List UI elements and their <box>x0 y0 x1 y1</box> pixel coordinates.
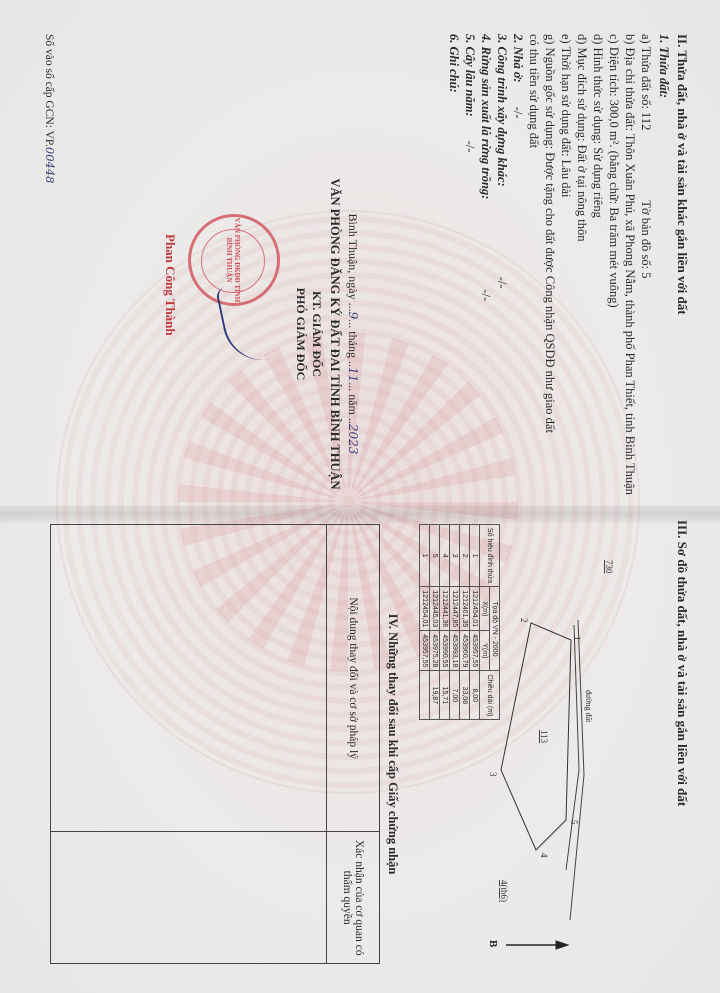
coord-cell-length: 19,87 <box>430 671 440 720</box>
vertex-2: 2 <box>519 618 529 623</box>
coord-cell-y: 453993,18 <box>450 631 460 671</box>
use-form: d) Hình thức sử dụng: Sử dụng riêng <box>590 34 606 494</box>
col-y: Y(m) <box>480 631 490 671</box>
vertex-3: 3 <box>488 772 498 777</box>
neighbor-113: 113 <box>539 730 549 744</box>
coord-cell-point: 5 <box>430 525 440 587</box>
coord-row: 11212454,01453957,558,00 <box>470 525 480 720</box>
coord-cell-point: 4 <box>440 525 450 587</box>
coord-cell-x: 1212454,01 <box>470 587 480 631</box>
registry-number: Số vào sổ cấp GCN: VP.00448 <box>43 34 57 183</box>
date-month: 11 <box>346 367 360 382</box>
coord-cell-y: 453975,28 <box>430 631 440 671</box>
certificate-sheet: II. Thửa đất, nhà ở và tài sản khác gắn … <box>0 0 720 993</box>
house-label: 2. Nhà ở: <box>511 34 525 83</box>
col-system: Tọa độ VN - 2000 <box>490 587 500 671</box>
coord-cell-y: 453957,55 <box>420 631 430 671</box>
col-x: X(m) <box>480 587 490 631</box>
changes-col-content: Nội dung thay đổi và cơ sở pháp lý <box>327 525 380 832</box>
coord-cell-y: 453957,55 <box>470 631 480 671</box>
coord-row: 11212454,01453957,55 <box>420 525 430 720</box>
changes-content-cell <box>51 525 327 832</box>
coord-cell-y: 453960,79 <box>460 631 470 671</box>
coord-cell-length <box>420 671 430 720</box>
coord-cell-point: 3 <box>450 525 460 587</box>
forest-label: 4. Rừng sản xuất là rừng trồng: <box>479 34 493 199</box>
registry-label: Số vào sổ cấp GCN: VP. <box>43 34 55 147</box>
neighbor-labels: 730 113 4(tb6) <box>499 560 614 902</box>
use-origin: g) Nguồn gốc sử dụng: Được tặng cho đất … <box>542 34 558 494</box>
changes-col-confirm: Xác nhận của cơ quan có thẩm quyền <box>327 832 380 964</box>
coord-cell-x: 1212461,35 <box>460 587 470 631</box>
vertex-5: 5 <box>569 820 579 825</box>
parcel-area: c) Diện tích: 300,0 m². (bằng chữ: Ba tr… <box>606 34 622 494</box>
signing-block: Bình Thuận, ngày ...9... tháng ..11... n… <box>293 174 360 494</box>
section-iv-changes: IV. Những thay đổi sau khi cấp Giấy chứn… <box>50 524 400 964</box>
use-purpose: đ) Mục đích sử dụng: Đất ở tại nông thôn <box>574 34 590 494</box>
coord-cell-y: 453990,55 <box>440 631 450 671</box>
coord-cell-point: 1 <box>470 525 480 587</box>
coord-row: 21212461,35453960,7933,08 <box>460 525 470 720</box>
coord-cell-x: 1212454,01 <box>420 587 430 631</box>
changes-table: Nội dung thay đổi và cơ sở pháp lý Xác n… <box>50 524 380 964</box>
perennial-line: 5. Cây lâu năm:-/- <box>462 34 478 494</box>
use-origin-cont: có thu tiền sử dụng đất <box>526 34 542 494</box>
coord-cell-x: 1212447,85 <box>450 587 460 631</box>
date-day: 9 <box>346 312 360 320</box>
col-point: Số hiệu đỉnh thửa <box>480 525 500 587</box>
parcel-number-line: a) Thửa đất số: 112Tờ bản đồ số: 5 <box>638 34 654 494</box>
section-ii-title: II. Thửa đất, nhà ở và tài sản khác gắn … <box>674 34 690 494</box>
map-sheet: Tờ bản đồ số: 5 <box>639 200 653 278</box>
road-edge <box>566 620 584 920</box>
section-iv-title: IV. Những thay đổi sau khi cấp Giấy chứn… <box>385 524 400 964</box>
coord-cell-x: 1212445,03 <box>430 587 440 631</box>
coord-cell-length: 7,00 <box>450 671 460 720</box>
coord-row: 41212441,36453990,5515,71 <box>440 525 450 720</box>
perennial-value: -/- <box>462 141 478 153</box>
vertex-1: 1 <box>572 636 582 641</box>
month-prefix: tháng <box>346 331 360 358</box>
forest-line: 4. Rừng sản xuất là rừng trồng:-/- <box>478 34 494 494</box>
on-behalf: KT. GIÁM ĐỐC <box>309 174 324 494</box>
parcel-outline <box>501 623 571 850</box>
section-iii-title: III. Sơ đồ thửa đất, nhà ở và tài sản gắ… <box>674 520 690 970</box>
year-prefix: năm <box>346 394 360 415</box>
north-arrow-icon: B <box>487 940 568 949</box>
parcel-address: b) Địa chỉ thửa đất: Thôn Xuân Phú, xã P… <box>622 34 638 494</box>
col-length: Chiều dài (m) <box>480 671 500 720</box>
road-label: đường đất <box>584 690 593 723</box>
parcel-diagram: 1 2 3 4 5 730 113 4(tb6) đường đất B <box>486 520 666 970</box>
coord-cell-point: 2 <box>460 525 470 587</box>
other-works-line: 3. Công trình xây dựng khác:-/- <box>494 34 510 494</box>
coord-cell-length: 15,71 <box>440 671 450 720</box>
parcel-number: a) Thửa đất số: 112 <box>639 34 653 130</box>
forest-value: -/- <box>478 289 494 301</box>
notes-label: 6. Ghi chú: <box>447 34 461 93</box>
coord-row: 51212445,03453975,2819,87 <box>430 525 440 720</box>
signer-name: Phan Công Thành <box>162 234 178 336</box>
vertex-4: 4 <box>539 853 549 858</box>
neighbor-4tb6: 4(tb6) <box>499 880 509 902</box>
section-iii-iv-page: III. Sơ đồ thửa đất, nhà ở và tài sản gắ… <box>30 520 690 970</box>
date-prefix: Bình Thuận, ngày <box>346 214 360 300</box>
coord-cell-length: 8,00 <box>470 671 480 720</box>
neighbor-730: 730 <box>604 560 614 574</box>
signing-date: Bình Thuận, ngày ...9... tháng ..11... n… <box>345 174 360 494</box>
use-term: e) Thời hạn sử dụng đất: Lâu dài <box>558 34 574 494</box>
parcel-heading: 1. Thửa đất: <box>656 34 671 494</box>
north-label: B <box>487 940 499 948</box>
other-works-label: 3. Công trình xây dựng khác: <box>495 34 509 187</box>
issuing-office: VĂN PHÒNG ĐĂNG KÝ ĐẤT ĐAI TỈNH BÌNH THUẬ… <box>327 174 342 494</box>
house-line: 2. Nhà ở:-/- <box>510 34 526 494</box>
date-year: 2023 <box>346 424 360 455</box>
coord-cell-point: 1 <box>420 525 430 587</box>
section-ii-page: II. Thửa đất, nhà ở và tài sản khác gắn … <box>30 34 690 494</box>
coord-cell-x: 1212441,36 <box>440 587 450 631</box>
other-works-value: -/- <box>494 277 510 289</box>
changes-confirm-cell <box>51 832 327 964</box>
notes-line: 6. Ghi chú: <box>446 34 462 494</box>
coord-cell-length: 33,08 <box>460 671 470 720</box>
house-value: -/- <box>510 107 526 119</box>
coordinate-table: Số hiệu đỉnh thửa Tọa độ VN - 2000 Chiều… <box>419 524 500 720</box>
signer-title: PHÓ GIÁM ĐỐC <box>293 174 308 494</box>
registry-value: 00448 <box>43 147 57 184</box>
perennial-label: 5. Cây lâu năm: <box>463 34 477 117</box>
coord-row: 31212447,85453993,187,00 <box>450 525 460 720</box>
